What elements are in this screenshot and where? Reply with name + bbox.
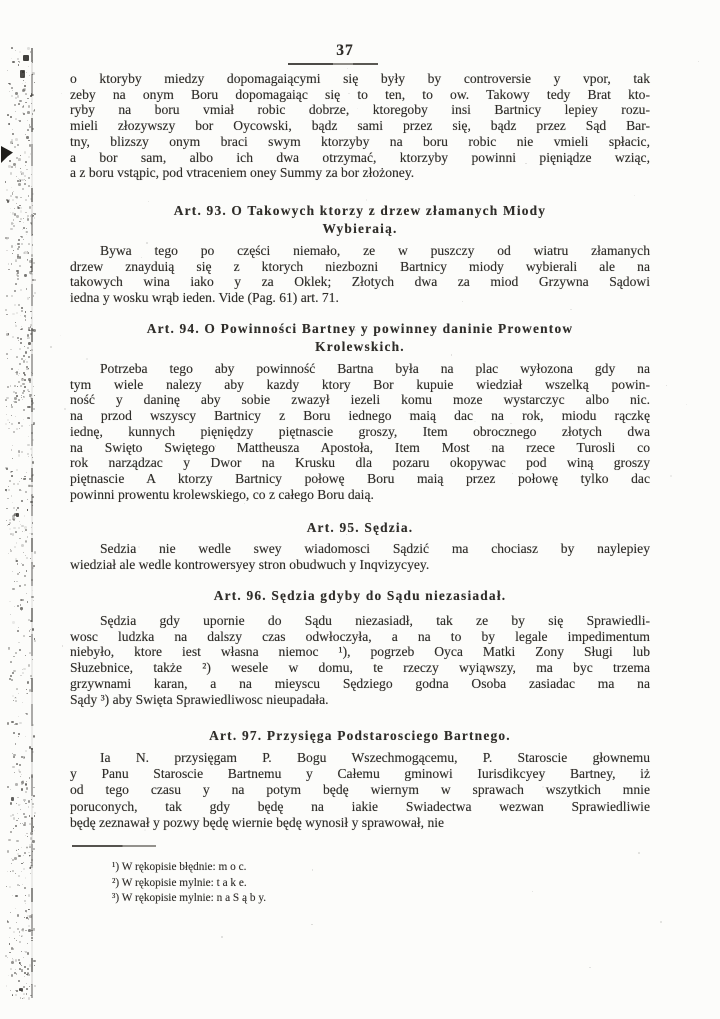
scan-speck <box>22 823 23 824</box>
scan-speck <box>50 346 52 348</box>
scan-speck <box>27 682 28 683</box>
scan-speck <box>33 736 35 738</box>
scan-speck <box>31 562 33 564</box>
scan-speck <box>16 356 18 358</box>
scan-speck <box>26 993 27 994</box>
scan-speck <box>17 563 18 564</box>
scan-speck <box>22 378 23 379</box>
scan-speck <box>22 392 24 394</box>
scan-speck <box>29 844 32 847</box>
art-93-heading: Art. 93. O Takowych ktorzy z drzew złama… <box>70 202 650 238</box>
scan-speck <box>20 599 22 601</box>
scan-speck <box>10 550 12 552</box>
scan-speck <box>26 988 28 990</box>
scan-speck <box>12 502 13 503</box>
scan-speck <box>34 213 36 215</box>
scan-speck <box>28 342 31 345</box>
scan-speck <box>32 439 34 441</box>
scan-speck <box>31 984 32 985</box>
scan-speck <box>21 781 24 784</box>
scan-speck <box>30 865 33 868</box>
scan-speck <box>11 961 14 964</box>
scan-speck <box>12 192 13 193</box>
scan-speck <box>29 636 31 638</box>
scan-speck <box>18 178 19 179</box>
scan-speck <box>14 397 16 399</box>
scan-speck <box>34 815 36 817</box>
scan-speck <box>8 647 9 648</box>
scan-speck <box>27 47 30 50</box>
scan-speck <box>18 120 20 122</box>
scan-speck <box>25 541 27 543</box>
scan-speck <box>16 270 18 272</box>
scan-speck <box>19 935 20 936</box>
scan-speck <box>10 385 11 386</box>
scan-speck <box>33 930 34 931</box>
scan-speck <box>18 158 20 160</box>
scan-speck <box>24 315 26 317</box>
scan-speck <box>25 82 26 83</box>
scan-speck <box>24 951 25 952</box>
scan-speck <box>10 471 12 473</box>
scan-speck <box>22 106 24 108</box>
scan-speck <box>30 311 31 312</box>
scan-speck <box>8 123 10 125</box>
scan-speck <box>31 596 33 598</box>
art-95-body-line-1: Sedzia nie wedle swey wiadomosci Sądzić … <box>70 541 650 557</box>
scan-speck <box>24 966 25 967</box>
scan-speck <box>20 329 22 331</box>
scan-speck <box>28 852 29 853</box>
scan-speck <box>31 533 34 536</box>
scan-speck <box>34 82 35 83</box>
scan-speck <box>19 221 20 222</box>
scan-speck <box>17 95 20 98</box>
scan-speck <box>11 58 12 59</box>
scan-speck <box>25 910 27 912</box>
scan-speck <box>21 990 23 992</box>
scan-speck <box>11 368 13 370</box>
scan-speck <box>19 968 21 970</box>
scan-speck <box>15 50 16 51</box>
scan-speck <box>11 139 13 141</box>
scan-speck <box>30 126 31 127</box>
scan-speck <box>32 724 34 726</box>
scan-speck <box>19 363 21 365</box>
scan-speck <box>21 863 22 864</box>
scan-speck <box>20 385 22 387</box>
scan-speck <box>32 803 34 805</box>
scan-speck <box>23 76 24 77</box>
scan-speck <box>8 553 9 554</box>
scan-speck <box>21 358 23 360</box>
scan-speck <box>31 865 32 866</box>
scan-speck <box>698 61 699 62</box>
scan-speck <box>15 416 16 417</box>
scan-speck <box>28 66 29 67</box>
scan-speck <box>12 458 13 459</box>
scan-speck <box>31 937 33 939</box>
scan-speck <box>18 61 20 63</box>
scan-speck <box>16 372 19 375</box>
scan-speck <box>18 450 21 453</box>
art-96-heading: Art. 96. Sędzia gdyby do Sądu niezasiada… <box>70 587 650 605</box>
scan-speck <box>27 915 29 917</box>
scan-speck <box>19 265 21 267</box>
scan-speck <box>27 111 30 114</box>
scan-speck <box>10 990 11 991</box>
scan-speck <box>13 391 15 393</box>
scan-speck <box>15 283 17 285</box>
scan-speck <box>10 968 12 970</box>
scan-speck <box>22 928 24 930</box>
scan-speck <box>31 527 32 528</box>
scan-speck <box>33 422 35 424</box>
scan-speck <box>16 990 18 992</box>
scan-speck <box>29 986 30 987</box>
scan-speck <box>14 581 15 582</box>
scan-speck <box>32 402 34 404</box>
scan-speck <box>22 780 25 783</box>
scan-speck <box>16 371 18 373</box>
scan-speck <box>18 693 19 694</box>
scan-speck <box>17 337 19 339</box>
scan-speck <box>5 399 7 401</box>
scan-speck <box>25 491 27 493</box>
scan-speck <box>32 128 34 130</box>
scan-speck <box>21 970 23 972</box>
art-96-body-line-3: niebyło, ktore iest własna niemoc ¹), po… <box>70 644 650 660</box>
scan-speck <box>10 661 12 663</box>
scan-speck <box>27 444 30 447</box>
scan-speck <box>29 746 31 748</box>
scan-speck <box>25 165 26 166</box>
scan-speck <box>17 254 19 256</box>
art-96-heading-line-1: Art. 96. Sędzia gdyby do Sądu niezasiada… <box>70 587 650 605</box>
scan-speck <box>20 809 21 810</box>
scan-speck <box>22 89 25 92</box>
scan-speck <box>30 832 33 835</box>
scan-speck <box>33 795 35 797</box>
paragraph-continuation-line-4: mieli złozywszy bor Oycowski, bądz sami … <box>70 118 650 134</box>
scan-speck <box>25 180 26 181</box>
scan-speck <box>11 95 14 98</box>
scan-speck <box>24 801 25 802</box>
scan-speck <box>33 424 34 425</box>
scan-speck <box>31 940 33 942</box>
scan-speck <box>23 218 24 219</box>
scan-speck <box>6 508 8 510</box>
scan-speck <box>19 722 21 724</box>
scan-speck <box>14 972 16 974</box>
scan-speck <box>6 353 8 355</box>
scan-speck <box>24 476 26 478</box>
scan-speck <box>14 938 15 939</box>
scan-speck <box>25 783 27 785</box>
scan-speck <box>7 498 8 499</box>
scan-speck <box>13 670 16 673</box>
scan-speck <box>18 716 19 717</box>
scan-speck <box>30 51 32 53</box>
scan-speck <box>34 292 36 294</box>
scan-speck <box>13 514 15 516</box>
scan-speck <box>21 326 22 327</box>
scan-speck <box>30 350 31 351</box>
art-96-body: Sędzia gdy upornie do Sądu niezasiadł, t… <box>70 613 650 707</box>
scan-speck <box>31 94 34 97</box>
scan-speck <box>27 601 29 603</box>
scan-speck <box>34 830 35 831</box>
scan-speck <box>20 155 21 156</box>
scan-speck <box>15 97 17 99</box>
scan-speck <box>26 366 28 368</box>
scan-speck <box>20 675 22 677</box>
scan-speck <box>28 105 30 107</box>
scan-speck <box>27 98 29 100</box>
scan-speck <box>28 252 29 253</box>
scan-speck <box>18 875 20 877</box>
scan-speck <box>31 485 33 487</box>
scan-speck <box>8 975 9 976</box>
scan-speck <box>18 239 20 241</box>
scan-speck <box>31 223 32 224</box>
scan-speck <box>31 859 33 861</box>
scan-speck <box>22 930 24 932</box>
scan-speck <box>23 668 25 670</box>
scan-speck <box>20 823 21 824</box>
scan-speck <box>14 304 16 306</box>
art-96-body-line-6: Sądy ³) aby Swięta Sprawiedliwosc nieupa… <box>70 692 650 708</box>
scan-speck <box>29 855 30 856</box>
scan-speck <box>21 236 23 238</box>
scan-speck <box>20 207 22 209</box>
scan-speck <box>17 275 19 277</box>
scan-speck <box>12 895 13 896</box>
scan-speck <box>12 199 14 201</box>
scan-speck <box>12 515 15 518</box>
art-93-heading-line-1: Art. 93. O Takowych ktorzy z drzew złama… <box>70 202 650 220</box>
scan-speck <box>30 382 31 383</box>
scan-speck <box>532 891 533 892</box>
art-94-body: Potrzeba tego aby powinność Bartna była … <box>70 361 650 502</box>
scan-speck <box>29 297 30 298</box>
scan-speck <box>15 873 16 874</box>
scan-speck <box>25 791 27 793</box>
scan-speck <box>9 927 11 929</box>
scan-speck <box>8 428 10 430</box>
scan-speck <box>29 856 30 857</box>
scan-speck <box>30 448 32 450</box>
scan-speck <box>21 935 23 937</box>
scan-speck <box>32 461 34 463</box>
scan-speck <box>634 195 635 196</box>
scan-speck <box>33 787 35 789</box>
scan-speck <box>13 527 16 530</box>
scanned-book-page: 37 o ktoryby miedzy dopomagaiącymi się b… <box>0 0 720 1019</box>
scan-speck <box>20 210 22 212</box>
scan-speck <box>7 786 9 788</box>
scan-speck <box>33 262 35 264</box>
scan-speck <box>10 871 11 872</box>
scan-speck <box>23 813 26 816</box>
scan-speck <box>31 930 32 931</box>
scan-speck <box>31 93 33 95</box>
scan-speck <box>7 920 8 921</box>
scan-speck <box>29 915 32 918</box>
scan-speck <box>25 161 27 163</box>
scan-speck <box>12 193 14 195</box>
scan-speck <box>21 563 22 564</box>
scan-speck <box>16 542 17 543</box>
scan-speck <box>6 295 8 297</box>
scan-speck <box>26 846 29 849</box>
scan-speck <box>26 557 28 559</box>
scan-mark <box>19 988 23 991</box>
scan-speck <box>32 496 34 498</box>
scan-speck <box>13 756 15 758</box>
scan-speck <box>13 700 14 701</box>
scan-speck <box>21 871 22 872</box>
scan-speck <box>28 436 29 437</box>
scan-speck <box>16 581 18 583</box>
scan-speck <box>570 309 571 310</box>
scan-speck <box>27 417 29 419</box>
scan-speck <box>12 90 13 91</box>
scan-speck <box>5 309 7 311</box>
scan-speck <box>19 771 21 773</box>
scan-speck <box>15 260 17 262</box>
scan-speck <box>32 522 34 524</box>
scan-speck <box>19 348 21 350</box>
footnote-3: ³) W rękopisie mylnie: n a S ą b y. <box>112 891 532 907</box>
scan-speck <box>26 781 27 782</box>
art-93-body-line-3: takowych wina iako y za Oklek; Złotych d… <box>70 274 650 290</box>
scan-speck <box>15 959 17 961</box>
scan-speck <box>20 180 21 181</box>
art-93-heading-line-2: Wybieraią. <box>70 220 650 238</box>
scan-speck <box>16 820 18 822</box>
scan-speck <box>21 243 23 245</box>
scan-speck <box>18 527 20 529</box>
scan-speck <box>27 218 29 220</box>
scan-speck <box>62 645 63 646</box>
scan-speck <box>6 468 8 470</box>
scan-speck <box>27 260 28 261</box>
scan-speck <box>5 467 7 469</box>
scan-speck <box>16 312 18 314</box>
scan-speck <box>33 565 35 567</box>
scan-speck <box>30 326 31 327</box>
footnote-1: ¹) W rękopisie błędnie: m o c. <box>112 860 532 876</box>
scan-speck <box>28 800 30 802</box>
scan-speck <box>20 804 21 805</box>
scan-speck <box>19 521 20 522</box>
scan-speck <box>5 489 6 490</box>
scan-speck <box>33 215 34 216</box>
scan-speck <box>18 207 20 209</box>
scan-speck <box>14 401 17 404</box>
scan-speck <box>18 375 19 376</box>
scan-speck <box>32 505 33 506</box>
scan-speck <box>24 151 27 154</box>
scan-speck <box>31 579 33 581</box>
scan-speck <box>15 969 17 971</box>
scan-speck <box>24 822 26 824</box>
scan-speck <box>20 315 22 317</box>
scan-speck <box>9 522 11 524</box>
scan-speck <box>22 188 24 190</box>
scan-speck <box>16 560 18 562</box>
scan-speck <box>9 952 11 954</box>
footnotes: ¹) W rękopisie błędnie: m o c.²) W rękop… <box>112 860 532 907</box>
scan-speck <box>10 349 12 351</box>
scan-speck <box>28 327 30 329</box>
scan-speck <box>20 342 22 344</box>
scan-speck <box>11 471 13 473</box>
scan-speck <box>18 454 20 456</box>
scan-speck <box>19 428 20 429</box>
scan-speck <box>11 423 13 425</box>
scan-speck <box>23 957 24 958</box>
paragraph-continuation-line-7: a z boru vstąpic, pod vtraceniem oney Su… <box>70 165 650 181</box>
art-94-body-line-7: rok narządzac y Dwor na Krusku dla pozar… <box>70 455 650 471</box>
scan-speck <box>28 243 30 245</box>
footnote-2: ²) W rękopisie mylnie: t a k e. <box>112 876 532 892</box>
scan-speck <box>34 638 36 640</box>
scan-speck <box>26 72 27 73</box>
scan-speck <box>6 314 7 315</box>
scan-speck <box>22 564 24 566</box>
scan-speck <box>19 649 21 651</box>
scan-speck <box>13 507 15 509</box>
scan-speck <box>21 774 22 775</box>
scan-speck <box>25 930 26 931</box>
scan-speck <box>30 333 32 335</box>
scan-speck <box>23 252 25 254</box>
scan-speck <box>5 955 6 956</box>
scan-speck <box>17 272 18 273</box>
scan-speck <box>31 329 34 332</box>
scan-speck <box>11 245 13 247</box>
scan-speck <box>5 423 6 424</box>
scan-speck <box>9 678 11 680</box>
scan-speck <box>17 853 19 855</box>
scan-speck <box>14 513 17 516</box>
scan-speck <box>16 922 17 923</box>
scan-speck <box>19 256 21 258</box>
scan-speck <box>221 936 223 938</box>
scan-speck <box>23 80 24 81</box>
scan-speck <box>18 627 20 629</box>
scan-speck <box>17 507 19 509</box>
scan-speck <box>8 486 9 487</box>
scan-speck <box>11 263 13 265</box>
scan-speck <box>12 994 14 996</box>
scan-speck <box>34 395 35 396</box>
scan-speck <box>12 61 14 63</box>
scan-speck <box>10 208 12 210</box>
scan-speck <box>20 776 21 777</box>
scan-speck <box>14 146 16 148</box>
scan-speck <box>27 499 28 500</box>
scan-speck <box>27 334 29 336</box>
scan-speck <box>15 138 18 141</box>
scan-speck <box>12 571 13 572</box>
scan-speck <box>31 186 32 187</box>
scan-speck <box>8 165 10 167</box>
art-94-body-line-6: na Swięto Swiętego Mattheusza Apostoła, … <box>70 440 650 456</box>
scan-speck <box>12 859 14 861</box>
